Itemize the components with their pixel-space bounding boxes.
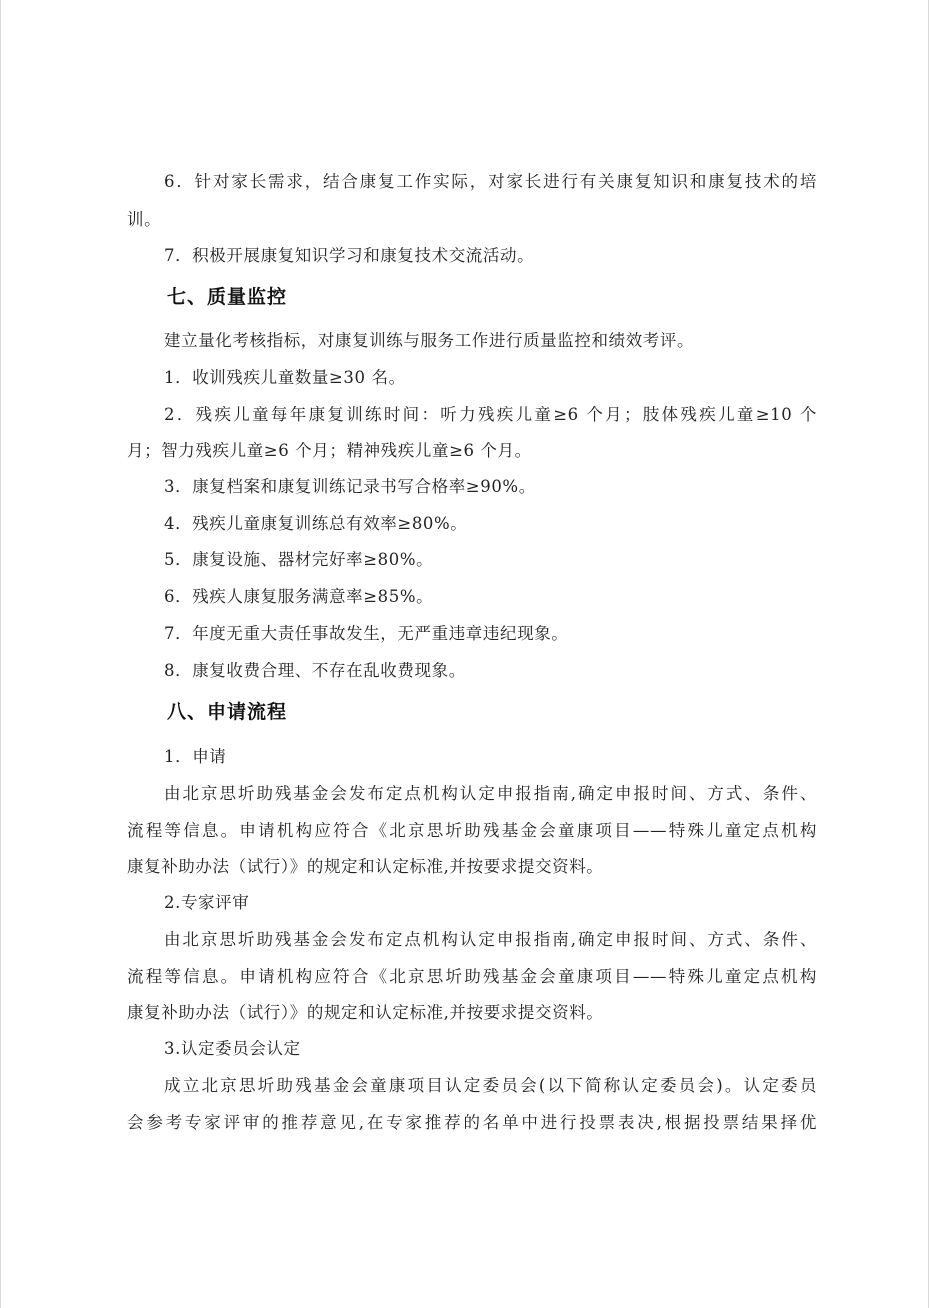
step3-title: 3.认定委员会认定 [164, 1035, 301, 1059]
step1-title: 1．申请 [164, 743, 226, 767]
section-heading-application-process: 八、申请流程 [167, 697, 287, 724]
step2-title: 2.专家评审 [164, 889, 249, 913]
document-page: 6．针对家长需求，结合康复工作实际，对家长进行有关康复知识和康复技术的培 训。 … [0, 0, 929, 1308]
step2-line2: 流程等信息。申请机构应符合《北京思圻助残基金会童康项目——特殊儿童定点机构 [127, 963, 817, 987]
quality-item-3: 3．康复档案和康复训练记录书写合格率≥90%。 [164, 473, 536, 497]
step1-line1: 由北京思圻助残基金会发布定点机构认定申报指南,确定申报时间、方式、条件、 [164, 780, 817, 804]
step3-line1: 成立北京思圻助残基金会童康项目认定委员会(以下简称认定委员会)。认定委员 [164, 1072, 817, 1096]
step1-line3: 康复补助办法（试行）》的规定和认定标准,并按要求提交资料。 [127, 853, 603, 877]
section-heading-quality-monitoring: 七、质量监控 [167, 282, 287, 309]
quality-item-2-line1: 2．残疾儿童每年康复训练时间：听力残疾儿童≥6 个月；肢体残疾儿童≥10 个 [164, 401, 817, 425]
paragraph-item-6-line2: 训。 [127, 206, 161, 230]
quality-item-2-line2: 月；智力残疾儿童≥6 个月；精神残疾儿童≥6 个月。 [127, 437, 532, 461]
quality-item-8: 8．康复收费合理、不存在乱收费现象。 [164, 657, 466, 681]
paragraph-item-6-line1: 6．针对家长需求，结合康复工作实际，对家长进行有关康复知识和康复技术的培 [164, 168, 817, 192]
step1-line2: 流程等信息。申请机构应符合《北京思圻助残基金会童康项目——特殊儿童定点机构 [127, 817, 817, 841]
paragraph-item-7: 7．积极开展康复知识学习和康复技术交流活动。 [164, 242, 534, 266]
quality-item-7: 7．年度无重大责任事故发生，无严重违章违纪现象。 [164, 620, 568, 644]
section7-intro: 建立量化考核指标，对康复训练与服务工作进行质量监控和绩效考评。 [164, 327, 694, 351]
quality-item-1: 1．收训残疾儿童数量≥30 名。 [164, 364, 406, 388]
quality-item-6: 6．残疾人康复服务满意率≥85%。 [164, 583, 433, 607]
quality-item-4: 4．残疾儿童康复训练总有效率≥80%。 [164, 510, 467, 534]
step2-line1: 由北京思圻助残基金会发布定点机构认定申报指南,确定申报时间、方式、条件、 [164, 926, 817, 950]
step2-line3: 康复补助办法（试行）》的规定和认定标准,并按要求提交资料。 [127, 999, 603, 1023]
quality-item-5: 5．康复设施、器材完好率≥80%。 [164, 546, 433, 570]
step3-line2: 会参考专家评审的推荐意见,在专家推荐的名单中进行投票表决,根据投票结果择优 [127, 1109, 817, 1133]
